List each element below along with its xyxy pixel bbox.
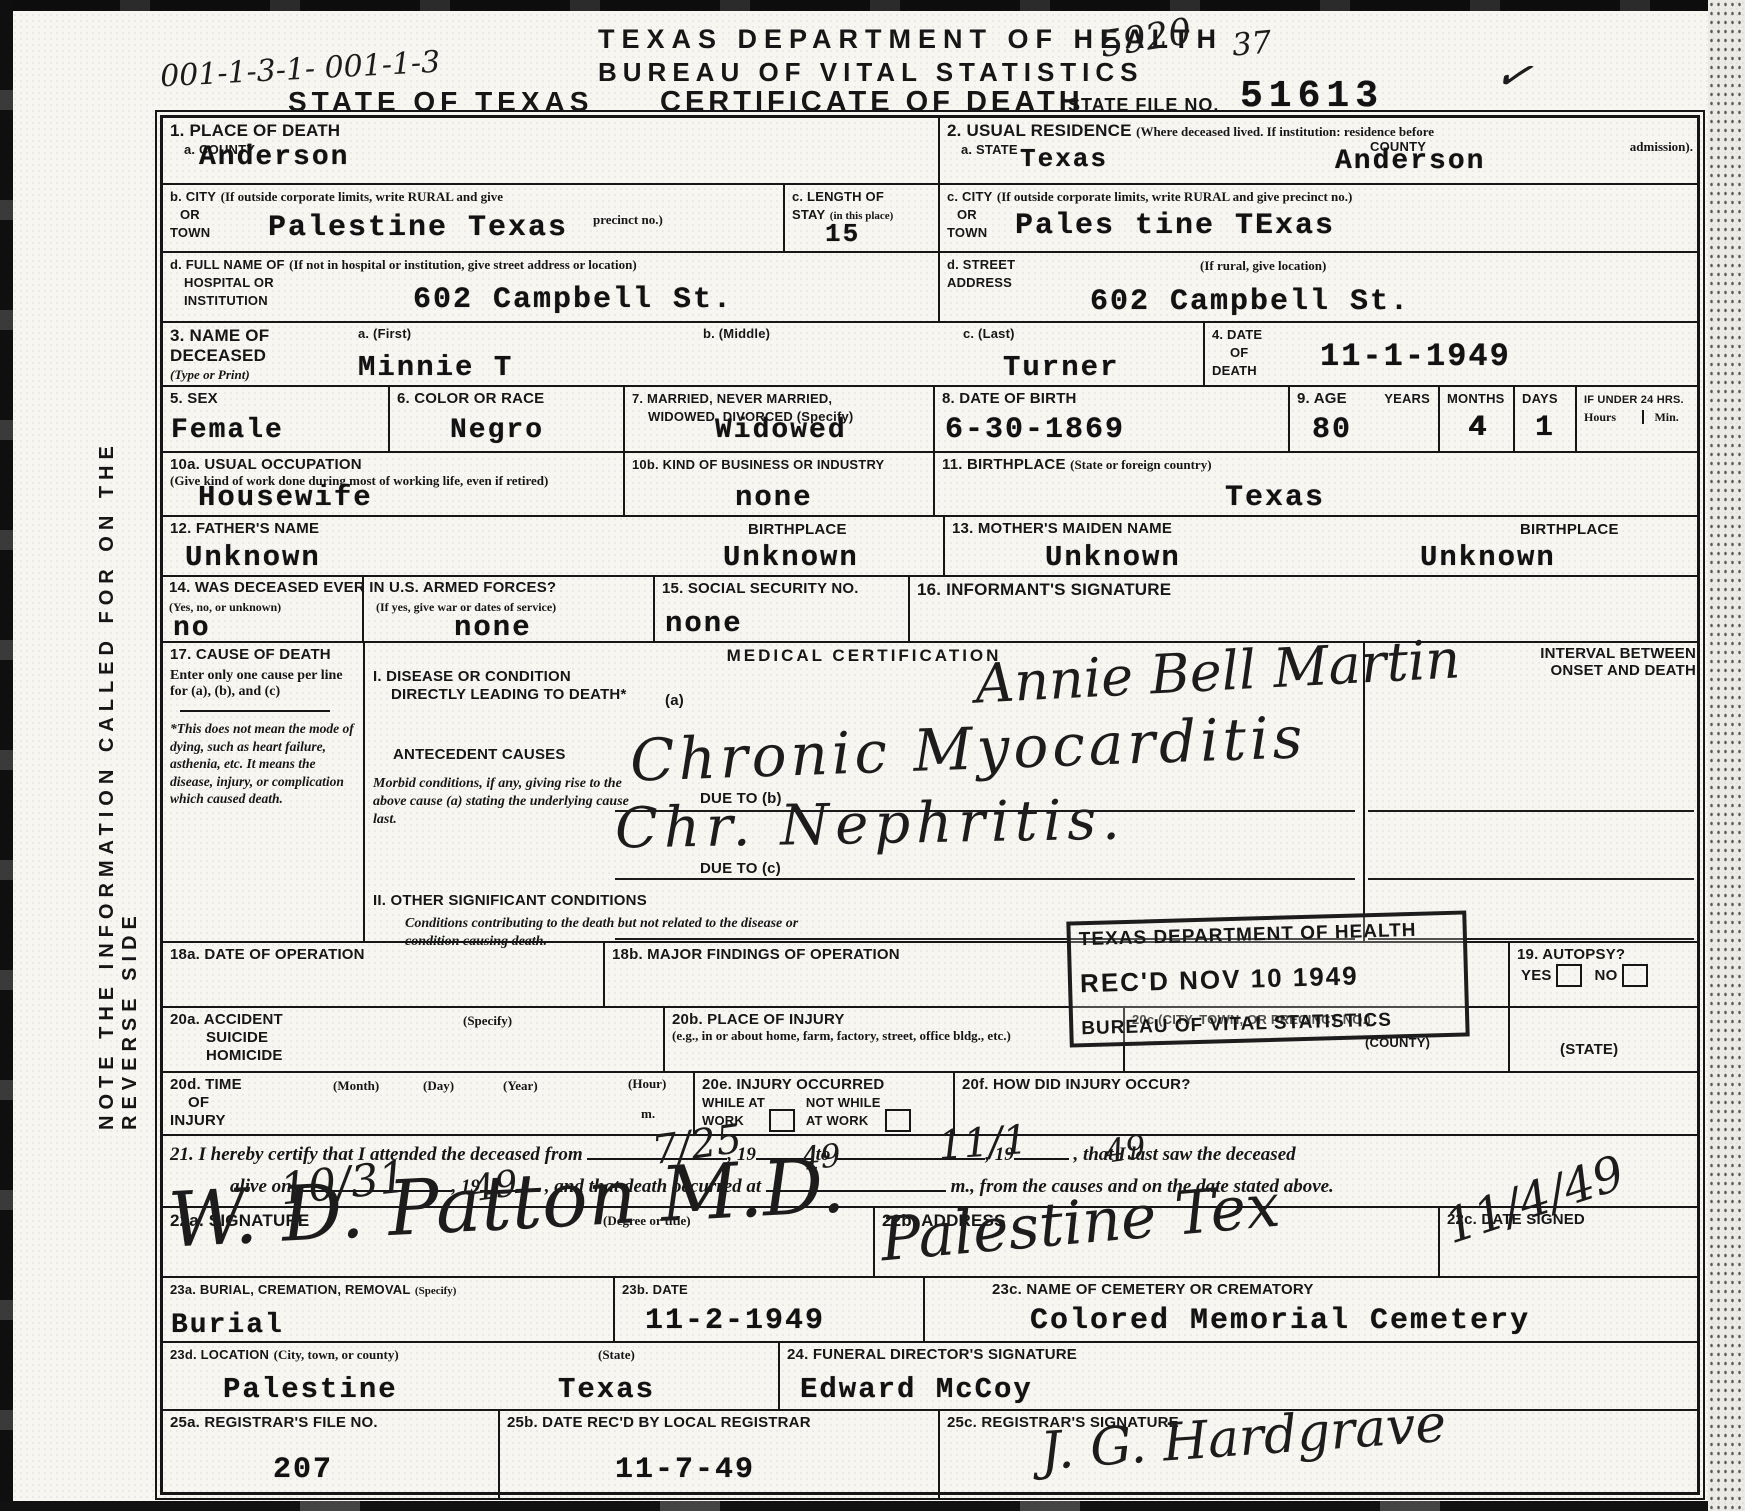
age-months-value: 4 bbox=[1468, 413, 1488, 443]
armed-forces-value: no bbox=[173, 615, 211, 643]
location-label: 23d. LOCATION bbox=[170, 1347, 269, 1362]
birthplace-label: 11. BIRTHPLACE bbox=[942, 456, 1066, 473]
mothers-name-label: 13. MOTHER'S MAIDEN NAME bbox=[952, 520, 1172, 537]
field-age-months: MONTHS 4 bbox=[1438, 387, 1513, 451]
field-date-of-death: 4. DATE OF DEATH 11-1-1949 bbox=[1203, 323, 1703, 385]
street-address-label-2: ADDRESS bbox=[947, 275, 1012, 290]
homicide-label: HOMICIDE bbox=[206, 1047, 283, 1064]
city-or-label: OR bbox=[180, 207, 200, 222]
margin-note: NOTE THE INFORMATION CALLED FOR ON THE R… bbox=[96, 300, 142, 1130]
suicide-label: SUICIDE bbox=[206, 1029, 268, 1046]
injury-m-label: m. bbox=[641, 1107, 655, 1122]
location-state-label: (State) bbox=[598, 1348, 635, 1363]
field-sex: 5. SEX Female bbox=[163, 387, 388, 451]
field-fathers-name: 12. FATHER'S NAME BIRTHPLACE Unknown Unk… bbox=[163, 517, 943, 575]
field-place-of-injury: 20b. PLACE OF INJURY (e.g., in or about … bbox=[663, 1008, 1123, 1071]
location-note: (City, town, or county) bbox=[274, 1347, 399, 1362]
burial-value: Burial bbox=[171, 1312, 284, 1340]
age-days-value: 1 bbox=[1535, 413, 1555, 443]
attended-to-handwriting: 11/1 bbox=[937, 1117, 1030, 1169]
morbid-conditions-note: Morbid conditions, if any, giving rise t… bbox=[373, 775, 653, 830]
sex-label: 5. SEX bbox=[170, 390, 218, 407]
stamp-line-1: TEXAS DEPARTMENT OF HEALTH bbox=[1079, 919, 1455, 951]
stamp-line-3: BUREAU OF VITAL STATISTICS bbox=[1081, 1007, 1457, 1039]
residence-state-label: a. STATE bbox=[961, 142, 1018, 157]
scan-artifact-top bbox=[0, 0, 1745, 11]
disease-condition-label: I. DISEASE OR CONDITION bbox=[373, 669, 571, 686]
interval-line-b bbox=[1368, 878, 1694, 880]
header-bureau-line: BUREAU OF VITAL STATISTICS bbox=[598, 58, 1144, 87]
informant-label: 16. INFORMANT'S SIGNATURE bbox=[917, 580, 1171, 599]
date-of-operation-label: 18a. DATE OF OPERATION bbox=[170, 946, 365, 963]
time-of-injury-label-2: OF bbox=[188, 1094, 209, 1111]
age-years-value: 80 bbox=[1312, 415, 1352, 445]
field-date-recd-registrar: 25b. DATE REC'D BY LOCAL REGISTRAR 11-7-… bbox=[498, 1411, 938, 1498]
disease-condition-label-2: DIRECTLY LEADING TO DEATH* bbox=[391, 687, 627, 704]
field-autopsy: 19. AUTOPSY? YES NO bbox=[1508, 943, 1703, 1006]
date-recd-value: 11-7-49 bbox=[615, 1455, 755, 1485]
antecedent-causes-label: ANTECEDENT CAUSES bbox=[393, 747, 566, 764]
under-24-label: IF UNDER 24 HRS. bbox=[1584, 394, 1684, 406]
field-armed-forces-answer: 14. WAS DECEASED EVER IN U.S. ARMED FORC… bbox=[163, 577, 364, 641]
age-days-label: DAYS bbox=[1522, 391, 1558, 406]
residence-city-town-label: TOWN bbox=[947, 225, 987, 240]
cause-b-handwriting: Chr. Nephritis. bbox=[614, 788, 1126, 862]
hospital-value: 602 Campbell St. bbox=[413, 285, 733, 315]
length-of-stay-value: 15 bbox=[825, 221, 860, 247]
field-time-of-injury: 20d. TIME (Month) (Day) (Year) (Hour) OF… bbox=[163, 1073, 693, 1134]
time-of-injury-label-3: INJURY bbox=[170, 1112, 226, 1129]
stamp-line-2: REC'D NOV 10 1949 bbox=[1080, 959, 1457, 999]
residence-county-value: Anderson bbox=[1335, 148, 1485, 176]
field-color-race: 6. COLOR OR RACE Negro bbox=[388, 387, 623, 451]
scan-artifact-right bbox=[1708, 0, 1745, 1511]
date-recd-label: 25b. DATE REC'D BY LOCAL REGISTRAR bbox=[507, 1414, 811, 1431]
not-while-at-work-label: NOT WHILE bbox=[806, 1095, 881, 1110]
field-social-security-no: 15. SOCIAL SECURITY NO. none bbox=[653, 577, 908, 641]
city-town-label: TOWN bbox=[170, 225, 210, 240]
occupation-label: 10a. USUAL OCCUPATION bbox=[170, 456, 362, 473]
street-address-label: d. STREET bbox=[947, 257, 1015, 272]
location-state-value: Texas bbox=[558, 1375, 655, 1404]
scan-artifact-bottom bbox=[0, 1501, 1745, 1511]
header-check-mark: ✓ bbox=[1490, 47, 1537, 105]
fathers-name-label: 12. FATHER'S NAME bbox=[170, 520, 319, 537]
cause-a-tag: (a) bbox=[665, 693, 684, 710]
last-name-label: c. (Last) bbox=[963, 327, 1015, 342]
injury-hour-label: (Hour) bbox=[628, 1077, 666, 1092]
date-of-birth-value: 6-30-1869 bbox=[945, 415, 1125, 445]
funeral-director-label: 24. FUNERAL DIRECTOR'S SIGNATURE bbox=[787, 1346, 1077, 1363]
date-of-death-label: 4. DATE bbox=[1212, 327, 1262, 342]
field-length-of-stay: c. LENGTH OF STAY (in this place) 15 bbox=[783, 185, 938, 251]
cause-star-note: *This does not mean the mode of dying, s… bbox=[170, 720, 356, 808]
date-of-death-label-3: DEATH bbox=[1212, 363, 1257, 378]
city-note-2: precinct no.) bbox=[593, 213, 663, 228]
cause-of-death-label: 17. CAUSE OF DEATH bbox=[170, 646, 331, 663]
accident-specify-note: (Specify) bbox=[463, 1014, 512, 1029]
field-if-under-24-hrs: IF UNDER 24 HRS. Hours Min. bbox=[1575, 387, 1703, 451]
cause-enter-note: Enter only one cause per line for (a), (… bbox=[170, 668, 356, 700]
marital-label: 7. MARRIED, NEVER MARRIED, bbox=[632, 391, 832, 406]
middle-name-label: b. (Middle) bbox=[703, 327, 770, 342]
under-24-hours-label: Hours bbox=[1584, 410, 1616, 424]
cause-b-line bbox=[615, 878, 1355, 880]
field-injury-state: (STATE) bbox=[1508, 1008, 1703, 1071]
armed-forces-war-value: none bbox=[454, 613, 532, 642]
hospital-label-2: HOSPITAL OR bbox=[184, 275, 274, 290]
father-birthplace-value: Unknown bbox=[723, 543, 859, 572]
length-of-stay-label: c. LENGTH OF bbox=[792, 189, 884, 204]
autopsy-no-label: NO bbox=[1595, 967, 1618, 984]
autopsy-label: 19. AUTOPSY? bbox=[1517, 946, 1625, 963]
death-certificate-scan: NOTE THE INFORMATION CALLED FOR ON THE R… bbox=[0, 0, 1745, 1511]
header-state-file-no-label: STATE FILE NO. bbox=[1068, 95, 1219, 115]
field-hospital-institution: d. FULL NAME OF (If not in hospital or i… bbox=[163, 253, 938, 321]
mother-birthplace-value: Unknown bbox=[1420, 543, 1556, 572]
injury-month-label: (Month) bbox=[333, 1079, 379, 1094]
field-accident-suicide-homicide: 20a. ACCIDENT (Specify) SUICIDE HOMICIDE bbox=[163, 1008, 663, 1071]
father-birthplace-label: BIRTHPLACE bbox=[748, 522, 847, 539]
date-of-death-value: 11-1-1949 bbox=[1320, 341, 1511, 373]
age-months-label: MONTHS bbox=[1447, 391, 1505, 406]
last-name-value: Turner bbox=[1003, 353, 1119, 382]
residence-city-note: (If outside corporate limits, write RURA… bbox=[997, 189, 1352, 204]
registrar-file-no-value: 207 bbox=[273, 1455, 333, 1485]
mothers-name-value: Unknown bbox=[1045, 543, 1181, 572]
age-label: 9. AGE bbox=[1297, 390, 1347, 407]
burial-date-value: 11-2-1949 bbox=[645, 1306, 825, 1336]
field-cause-of-death-notes: 17. CAUSE OF DEATH Enter only one cause … bbox=[163, 643, 363, 941]
name-label-3: (Type or Print) bbox=[170, 367, 250, 382]
while-at-work-label: WHILE AT bbox=[702, 1095, 765, 1110]
field-registrar-file-no: 25a. REGISTRAR'S FILE NO. 207 bbox=[163, 1411, 498, 1498]
field-how-did-injury-occur: 20f. HOW DID INJURY OCCUR? bbox=[953, 1073, 1703, 1134]
color-race-label: 6. COLOR OR RACE bbox=[397, 390, 544, 407]
usual-residence-note: (Where deceased lived. If institution: r… bbox=[1136, 124, 1434, 139]
location-city-value: Palestine bbox=[223, 1375, 398, 1404]
name-label: 3. NAME OF bbox=[170, 326, 269, 345]
length-of-stay-label-2: STAY bbox=[792, 207, 825, 222]
birthplace-note: (State or foreign country) bbox=[1070, 457, 1211, 472]
ssn-label: 15. SOCIAL SECURITY NO. bbox=[662, 580, 859, 597]
header-handwritten-number: 5920 bbox=[1097, 11, 1194, 66]
field-age-years: 9. AGE YEARS 80 bbox=[1288, 387, 1438, 451]
ssn-value: none bbox=[665, 609, 743, 638]
autopsy-yes-checkbox bbox=[1556, 964, 1582, 987]
occupation-value: Housewife bbox=[198, 483, 373, 512]
hospital-label: d. FULL NAME OF bbox=[170, 257, 285, 272]
field-burial-cremation: 23a. BURIAL, CREMATION, REMOVAL (Specify… bbox=[163, 1278, 613, 1341]
field-informant-signature: 16. INFORMANT'S SIGNATURE bbox=[908, 577, 1703, 641]
field-usual-occupation: 10a. USUAL OCCUPATION (Give kind of work… bbox=[163, 453, 623, 515]
field-birthplace: 11. BIRTHPLACE (State or foreign country… bbox=[933, 453, 1703, 515]
field-date-of-birth: 8. DATE OF BIRTH 6-30-1869 bbox=[933, 387, 1288, 451]
accident-label: 20a. ACCIDENT bbox=[170, 1011, 283, 1028]
header-state-of-texas: STATE OF TEXAS bbox=[288, 86, 593, 117]
field-city-of-death: b. CITY (If outside corporate limits, wr… bbox=[163, 185, 783, 251]
injury-day-label: (Day) bbox=[423, 1079, 454, 1094]
date-of-birth-label: 8. DATE OF BIRTH bbox=[942, 390, 1077, 407]
due-to-c-label: DUE TO (c) bbox=[700, 861, 781, 878]
birthplace-value: Texas bbox=[1225, 483, 1325, 513]
burial-specify-note: (Specify) bbox=[415, 1285, 457, 1297]
fathers-name-value: Unknown bbox=[185, 543, 321, 572]
hospital-label-3: INSTITUTION bbox=[184, 293, 268, 308]
business-label: 10b. KIND OF BUSINESS OR INDUSTRY bbox=[632, 457, 884, 472]
business-value: none bbox=[735, 483, 813, 512]
field-funeral-director: 24. FUNERAL DIRECTOR'S SIGNATURE Edward … bbox=[778, 1343, 1703, 1409]
header-handwritten-number-2: 37 bbox=[1231, 24, 1273, 63]
not-while-at-work-label-2: AT WORK bbox=[806, 1113, 869, 1128]
other-significant-conditions-label: II. OTHER SIGNIFICANT CONDITIONS bbox=[373, 893, 647, 910]
field-kind-of-business: 10b. KIND OF BUSINESS OR INDUSTRY none bbox=[623, 453, 933, 515]
injury-occurred-label: 20e. INJURY OCCURRED bbox=[702, 1076, 884, 1093]
city-label: b. CITY bbox=[170, 189, 216, 204]
mother-birthplace-label: BIRTHPLACE bbox=[1520, 522, 1619, 539]
header-certificate-title: CERTIFICATE OF DEATH bbox=[660, 86, 1084, 118]
attended-to-year-handwriting: 49 bbox=[1103, 1127, 1149, 1170]
how-injury-occurred-label: 20f. HOW DID INJURY OCCUR? bbox=[962, 1076, 1191, 1093]
city-of-death-value: Palestine Texas bbox=[268, 213, 568, 243]
county-value: Anderson bbox=[199, 144, 349, 172]
field-burial-location: 23d. LOCATION (City, town, or county) (S… bbox=[163, 1343, 778, 1409]
field-cemetery-name: 23c. NAME OF CEMETERY OR CREMATORY Color… bbox=[923, 1278, 1703, 1341]
cemetery-label: 23c. NAME OF CEMETERY OR CREMATORY bbox=[992, 1281, 1314, 1298]
street-address-value: 602 Campbell St. bbox=[1090, 287, 1410, 317]
injury-state-label: (STATE) bbox=[1560, 1042, 1618, 1059]
place-of-injury-label: 20b. PLACE OF INJURY bbox=[672, 1011, 845, 1028]
field-date-of-operation: 18a. DATE OF OPERATION bbox=[163, 943, 603, 1006]
burial-label: 23a. BURIAL, CREMATION, REMOVAL bbox=[170, 1282, 410, 1297]
field-marital-status: 7. MARRIED, NEVER MARRIED, WIDOWED, DIVO… bbox=[623, 387, 933, 451]
field-age-days: DAYS 1 bbox=[1513, 387, 1575, 451]
field-name-of-deceased: 3. NAME OF DECEASED (Type or Print) a. (… bbox=[163, 323, 1203, 385]
armed-forces-label: 14. WAS DECEASED EVER IN U.S. ARMED FORC… bbox=[169, 580, 649, 597]
time-of-injury-label: 20d. TIME bbox=[170, 1076, 242, 1093]
not-while-at-work-checkbox bbox=[885, 1109, 911, 1132]
field-place-of-death: 1. PLACE OF DEATH a. COUNTY Anderson bbox=[163, 118, 938, 183]
field-mothers-maiden-name: 13. MOTHER'S MAIDEN NAME BIRTHPLACE Unkn… bbox=[943, 517, 1703, 575]
place-of-death-label: 1. PLACE OF DEATH bbox=[170, 121, 340, 140]
under-24-min-label: Min. bbox=[1642, 410, 1678, 424]
age-years-label: YEARS bbox=[1384, 392, 1430, 407]
place-of-injury-note: (e.g., in or about home, farm, factory, … bbox=[672, 1029, 1092, 1044]
residence-city-or-label: OR bbox=[957, 207, 977, 222]
received-stamp: TEXAS DEPARTMENT OF HEALTH REC'D NOV 10 … bbox=[1066, 910, 1469, 1047]
usual-residence-label: 2. USUAL RESIDENCE bbox=[947, 121, 1132, 140]
burial-date-label: 23b. DATE bbox=[622, 1282, 688, 1297]
residence-state-value: Texas bbox=[1020, 146, 1108, 172]
header-state-file-no-value: 51613 bbox=[1240, 78, 1384, 116]
street-address-note: (If rural, give location) bbox=[1200, 259, 1326, 274]
field-burial-date: 23b. DATE 11-2-1949 bbox=[613, 1278, 923, 1341]
injury-year-label: (Year) bbox=[503, 1079, 538, 1094]
while-at-work-checkbox bbox=[769, 1109, 795, 1132]
field-usual-residence: 2. USUAL RESIDENCE (Where deceased lived… bbox=[938, 118, 1703, 183]
field-street-address: d. STREET (If rural, give location) ADDR… bbox=[938, 253, 1703, 321]
usual-residence-note-2: admission). bbox=[1630, 140, 1693, 155]
city-note: (If outside corporate limits, write RURA… bbox=[221, 189, 503, 204]
marital-value: Widowed bbox=[715, 417, 847, 445]
sex-value: Female bbox=[171, 417, 284, 445]
hospital-note: (If not in hospital or institution, give… bbox=[289, 257, 637, 272]
residence-city-value: Pales tine TExas bbox=[1015, 211, 1335, 241]
first-name-label: a. (First) bbox=[358, 327, 411, 342]
name-label-2: DECEASED bbox=[170, 346, 266, 365]
scan-artifact-left bbox=[0, 0, 13, 1511]
field-residence-city: c. CITY (If outside corporate limits, wr… bbox=[938, 185, 1703, 251]
first-name-value: Minnie T bbox=[358, 353, 513, 382]
color-race-value: Negro bbox=[450, 417, 544, 445]
autopsy-no-checkbox bbox=[1622, 964, 1648, 987]
residence-city-label: c. CITY bbox=[947, 189, 992, 204]
date-of-death-label-2: OF bbox=[1230, 345, 1248, 360]
interval-line-a bbox=[1368, 810, 1694, 812]
cemetery-value: Colored Memorial Cemetery bbox=[1030, 1306, 1530, 1336]
autopsy-yes-label: YES bbox=[1521, 967, 1552, 984]
other-conditions-note: Conditions contributing to the death but… bbox=[405, 915, 825, 951]
registrar-file-no-label: 25a. REGISTRAR'S FILE NO. bbox=[170, 1414, 378, 1431]
funeral-director-value: Edward McCoy bbox=[800, 1375, 1033, 1404]
